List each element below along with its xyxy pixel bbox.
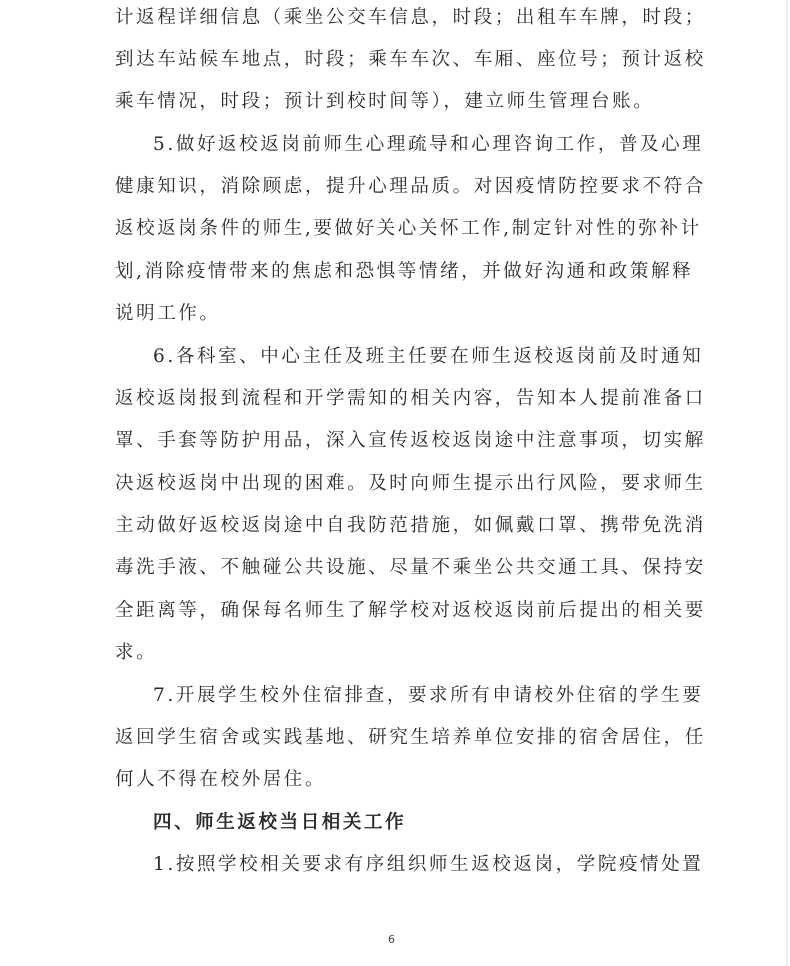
text-line: 到达车站候车地点，时段；乘车车次、车厢、座位号；预计返校 — [115, 45, 671, 75]
text-line: 1.按照学校相关要求有序组织师生返校返岗，学院疫情处置 — [153, 850, 671, 880]
text-line: 何人不得在校外居住。 — [115, 765, 671, 795]
section-heading: 四、师生返校当日相关工作 — [153, 808, 671, 838]
page-number: 6 — [388, 933, 395, 946]
text-line: 6.各科室、中心主任及班主任要在师生返校返岗前及时通知 — [153, 342, 671, 372]
text-line: 全距离等，确保每名师生了解学校对返校返岗前后提出的相关要 — [115, 596, 671, 626]
text-line: 划,消除疫情带来的焦虑和恐惧等情绪，并做好沟通和政策解释 — [115, 257, 671, 287]
text-line: 返校返岗报到流程和开学需知的相关内容，告知本人提前准备口 — [115, 384, 671, 414]
text-line: 罩、手套等防护用品，深入宣传返校返岗途中注意事项，切实解 — [115, 426, 671, 456]
text-line: 说明工作。 — [115, 299, 671, 329]
text-line: 计返程详细信息（乘坐公交车信息，时段；出租车车牌，时段； — [115, 3, 671, 33]
page-edge — [786, 0, 788, 966]
text-line: 返回学生宿舍或实践基地、研究生培养单位安排的宿舍居住，任 — [115, 723, 671, 753]
text-line: 毒洗手液、不触碰公共设施、尽量不乘坐公共交通工具、保持安 — [115, 553, 671, 583]
text-line: 返校返岗条件的师生,要做好关心关怀工作,制定针对性的弥补计 — [115, 214, 671, 244]
text-line: 乘车情况，时段；预计到校时间等），建立师生管理台账。 — [115, 87, 671, 117]
text-line: 健康知识，消除顾虑，提升心理品质。对因疫情防控要求不符合 — [115, 172, 671, 202]
text-line: 7.开展学生校外住宿排查，要求所有申请校外住宿的学生要 — [153, 681, 671, 711]
text-line: 5.做好返校返岗前师生心理疏导和心理咨询工作，普及心理 — [153, 130, 671, 160]
text-line: 主动做好返校返岗途中自我防范措施，如佩戴口罩、携带免洗消 — [115, 511, 671, 541]
text-line: 求。 — [115, 638, 671, 668]
text-line: 决返校返岗中出现的困难。及时向师生提示出行风险，要求师生 — [115, 469, 671, 499]
